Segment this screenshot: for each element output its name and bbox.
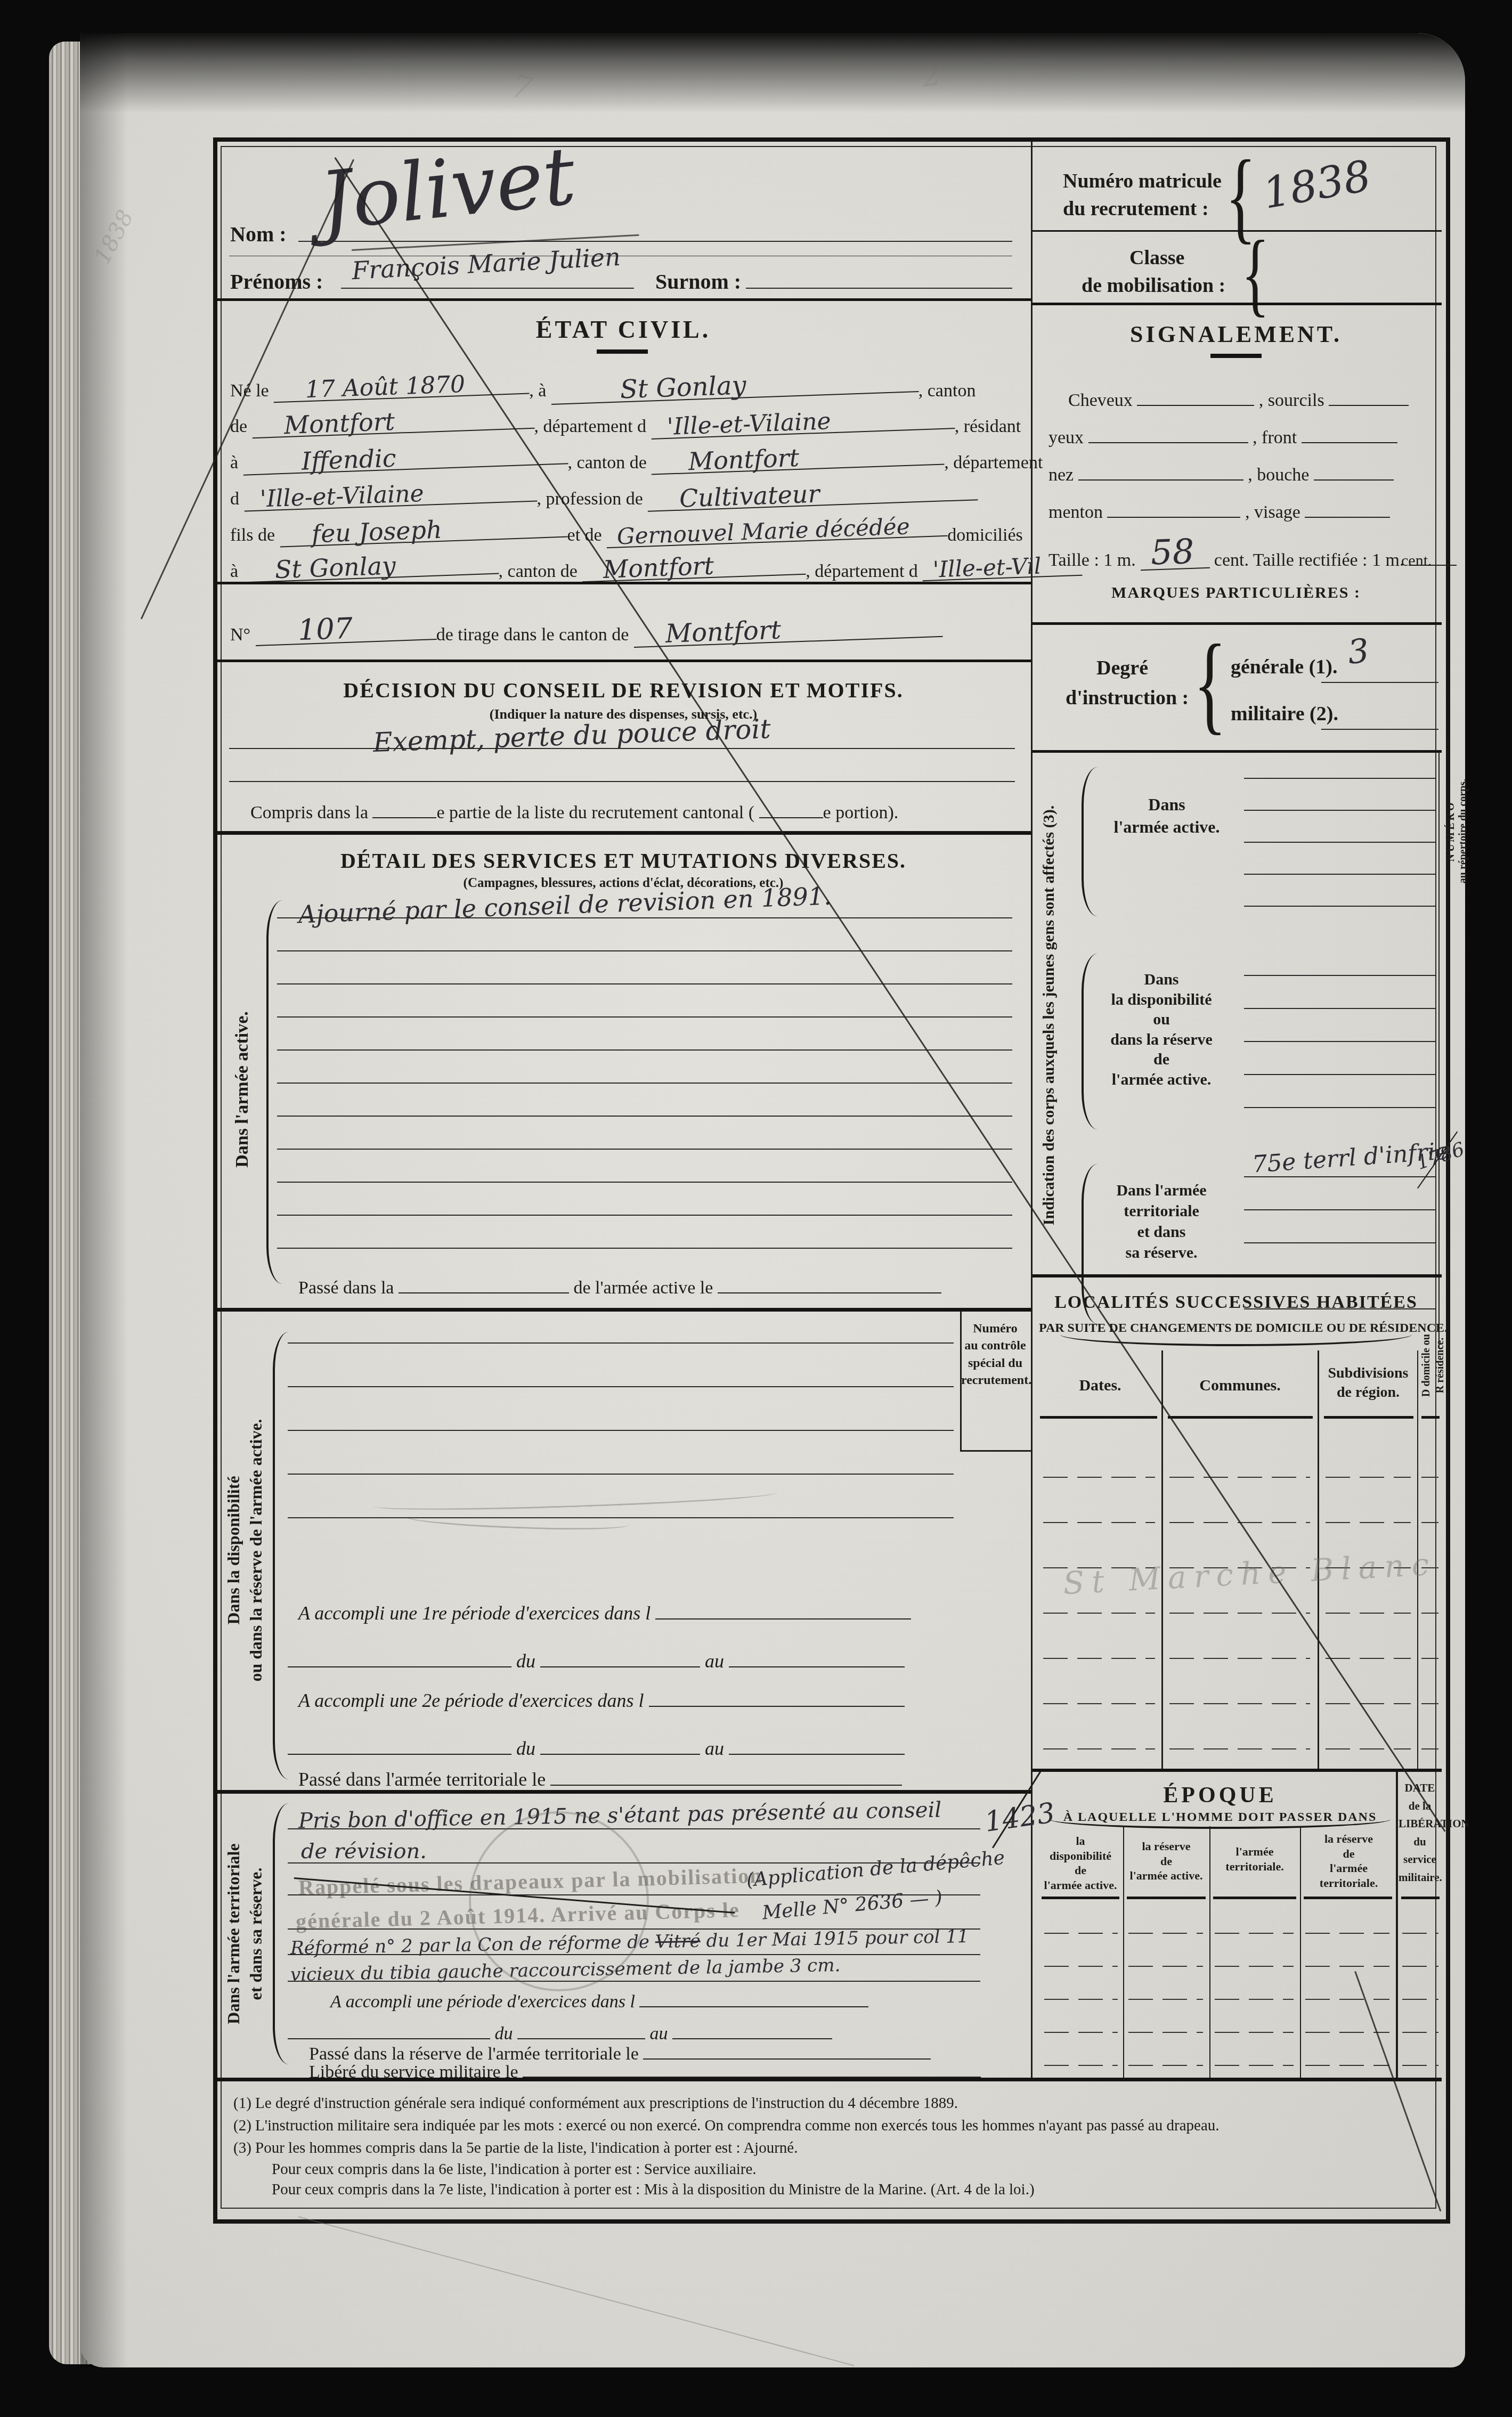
corps-group2-label: Dans la disponibilité ou dans la réserve…: [1087, 970, 1236, 1089]
bouche-label: , bouche: [1248, 465, 1309, 485]
divider: [1033, 1769, 1442, 1772]
yeux-blank: [1088, 423, 1248, 443]
departement-label: , département d: [534, 417, 647, 436]
mere: Gernouvel Marie décédée: [606, 512, 947, 548]
taille-rectifiee-label: cent. Taille rectifiée : 1 m.: [1214, 550, 1404, 570]
yeux-label: yeux: [1048, 428, 1084, 447]
divider: [213, 582, 1031, 584]
divider: [1033, 230, 1442, 232]
divider: [213, 831, 1031, 835]
epoque-vline-1: [1123, 1826, 1124, 2078]
canton-suffix: , canton: [918, 381, 976, 401]
generale-value: 3: [1346, 631, 1371, 672]
residant-label: , résidant: [955, 417, 1021, 436]
corps-group2-lines: [1244, 975, 1436, 1145]
prenoms-line: [341, 288, 634, 289]
corps-group3-label: Dans l'armée territoriale et dans sa rés…: [1090, 1180, 1233, 1263]
divider: [1033, 303, 1442, 305]
localites-rows-dates: [1043, 1477, 1155, 1796]
surnom-line: [746, 288, 1012, 289]
numero-header-line2: au répertoire du corps.: [1457, 779, 1469, 883]
du1-lead-blank: [288, 1646, 511, 1667]
sourcils-label: , sourcils: [1259, 390, 1324, 410]
footnote-5: Pour ceux compris dans la 7e liste, l'in…: [272, 2181, 1035, 2199]
localites-rows-subdiv: [1326, 1477, 1411, 1796]
front-label: , front: [1253, 428, 1297, 447]
nez-blank: [1078, 460, 1243, 481]
localites-side-header: D domicile ou R résidence.: [1419, 1309, 1447, 1421]
epoque-header-rule: [1042, 1897, 1119, 1899]
services-title: DÉTAIL DES SERVICES ET MUTATIONS DIVERSE…: [266, 848, 980, 873]
ruled-line: [288, 1954, 980, 1955]
nom-label: Nom :: [230, 222, 287, 247]
compris-label: Compris dans la: [250, 803, 368, 823]
localites-col-dates: Dates.: [1039, 1377, 1161, 1395]
du2-lead-blank: [288, 1734, 511, 1755]
menton-label: menton: [1048, 502, 1103, 522]
territoriale-note-2: de révision.: [301, 1839, 427, 1863]
nom-line2: [229, 256, 1012, 256]
corps-vertical-label: Indication des corps auxquels les jeunes…: [1040, 760, 1058, 1271]
tirage-label: de tirage dans le canton de: [436, 625, 629, 645]
divider: [213, 298, 1031, 301]
dispo-vertical-label-1: Dans la disponibilité: [224, 1321, 243, 1779]
footnote-1: (1) Le degré d'instruction générale sera…: [233, 2095, 958, 2112]
classe-label: Classe: [1129, 246, 1184, 270]
generale-label: générale (1).: [1231, 655, 1337, 679]
dispo-vertical-label-2: ou dans la réserve de l'armée active.: [246, 1321, 266, 1779]
generale-line: [1321, 682, 1438, 683]
au1-label: au: [705, 1650, 724, 1672]
localites-header-rule: [1040, 1416, 1157, 1419]
armee-active-vertical-label: Dans l'armée active.: [232, 895, 253, 1284]
epoque-header-rule: [1401, 1897, 1440, 1899]
matricule-label2: du recrutement :: [1063, 197, 1209, 221]
numero-col-separator: [1438, 752, 1440, 1348]
periode2-label: A accompli une 2e période d'exercices da…: [298, 1690, 644, 1711]
epoque-col3-header: l'armée territoriale.: [1212, 1844, 1298, 1874]
epoque-header-rule: [1127, 1897, 1206, 1899]
ruled-line: [229, 781, 1015, 782]
localites-subtitle: PAR SUITE DE CHANGEMENTS DE DOMICILE OU …: [1039, 1321, 1433, 1336]
compris-end: e portion).: [823, 803, 899, 823]
date-naissance: 17 Août 1870: [273, 369, 529, 403]
du1-blank: [540, 1646, 700, 1667]
du3-blank: [517, 2019, 645, 2039]
marques-label: MARQUES PARTICULIÈRES :: [1066, 584, 1407, 602]
degre-brace: {: [1193, 620, 1226, 747]
gutter-shadow: [80, 33, 128, 2367]
footnote-4: Pour ceux compris dans la 6e liste, l'in…: [272, 2161, 757, 2178]
epoque-header-rule: [1304, 1897, 1392, 1899]
ruled-lines-armee-active: [277, 950, 1012, 1291]
taille-value: 58: [1140, 532, 1210, 571]
du3-lead-blank: [288, 2019, 490, 2039]
a-label: à: [230, 453, 238, 473]
portion-blank: [759, 798, 823, 818]
passe-reserve-terr-blank: [643, 2039, 931, 2060]
classe-label2: de mobilisation :: [1082, 274, 1225, 297]
numero-repertoire-header: NUMÉRO au répertoire du corps.: [1445, 756, 1469, 906]
surnom-label: Surnom :: [655, 269, 741, 294]
divider: [1033, 750, 1442, 753]
degre-label-1: Degré: [1096, 656, 1148, 680]
visage-label: , visage: [1245, 502, 1300, 522]
passe-active-label2: de l'armée active le: [573, 1278, 713, 1298]
numero-header-line1: NUMÉRO: [1445, 800, 1457, 861]
compris-blank: [372, 798, 436, 818]
divider: [213, 1790, 1031, 1794]
signalement-rule: [1210, 354, 1262, 358]
numero-tirage-label: N°: [230, 625, 250, 645]
periode1-label: A accompli une 1re période d'exercices d…: [298, 1602, 651, 1624]
top-scan-shadow: [80, 33, 1465, 113]
nom-line: [298, 241, 1012, 242]
corps-group1-label: Dans l'armée active.: [1098, 794, 1236, 838]
cheveux-blank: [1137, 386, 1254, 406]
departement-label: , département d: [806, 561, 918, 581]
libere-blank: [523, 2057, 981, 2078]
epoque-col2-header: la réserve de l'armée active.: [1125, 1839, 1207, 1883]
passe-territoriale-blank: [550, 1764, 902, 1786]
epoque-col4-header: la réserve de l'armée territoriale.: [1302, 1832, 1395, 1890]
periode2-blank: [649, 1686, 905, 1707]
register-scan: 1838 7 2 Nom : Jolivet Prénoms : Françoi…: [0, 0, 1512, 2417]
localites-rows-communes: [1169, 1477, 1310, 1796]
nez-label: nez: [1048, 465, 1074, 485]
ruled-line: [288, 1981, 980, 1982]
epoque-header-rule: [1213, 1897, 1296, 1899]
fils-label: fils de: [230, 525, 275, 545]
territoriale-vertical-label-2: et dans sa réserve.: [246, 1795, 266, 2072]
etat-civil-rule: [597, 349, 648, 354]
menton-blank: [1107, 498, 1240, 518]
du2-label: du: [516, 1738, 535, 1759]
passe-active-date-blank: [718, 1273, 941, 1293]
d-label: d: [230, 489, 239, 509]
dispo-brace: [273, 1332, 289, 1779]
domicilies-label: domiciliés: [947, 525, 1023, 545]
divider: [1033, 1274, 1442, 1277]
controle-box-label: Numéro au contrôle spécial du recrutemen…: [961, 1320, 1029, 1389]
prenoms-label: Prénoms :: [230, 269, 323, 294]
departement-naissance: 'Ille-et-Vilaine: [651, 403, 955, 440]
localites-header-rule: [1168, 1416, 1313, 1419]
ruled-line: [277, 917, 1012, 918]
au2-label: au: [705, 1738, 724, 1759]
a-label: à: [230, 561, 238, 581]
localites-rows-side: [1421, 1477, 1438, 1796]
au3-blank: [672, 2019, 832, 2039]
front-blank: [1302, 423, 1397, 443]
ruled-lines-dispo: [288, 1342, 954, 1566]
passe-territoriale-label: Passé dans l'armée territoriale le: [298, 1769, 546, 1790]
sourcils-blank: [1329, 386, 1409, 406]
reforme-note-struck: Vitré: [655, 1931, 701, 1952]
round-stamp: [469, 1811, 649, 1991]
localites-col-communes: Communes.: [1164, 1377, 1316, 1395]
matricule-label: Numéro matricule: [1063, 169, 1222, 193]
epoque-vline-2: [1209, 1826, 1210, 2078]
footnote-2: (2) L'instruction militaire sera indiqué…: [233, 2117, 1220, 2135]
cheveux-label: Cheveux: [1068, 390, 1133, 410]
footnotes-divider: [213, 2078, 1442, 2081]
divider: [213, 1308, 1031, 1312]
tirage-canton: Montfort: [633, 609, 942, 648]
departement-label: , département: [944, 453, 1043, 473]
territoriale-vertical-label-1: Dans l'armée territoriale: [224, 1795, 243, 2072]
canton-label: , canton de: [568, 453, 647, 473]
passe-active-label: Passé dans la: [298, 1278, 394, 1298]
periode-terr-blank: [639, 1987, 868, 2007]
au1-blank: [729, 1646, 905, 1667]
localites-header-rule: [1421, 1416, 1440, 1419]
taille-label: Taille : 1 m.: [1048, 550, 1136, 570]
signalement-title: SIGNALEMENT.: [1066, 321, 1407, 348]
corps-group1-lines: [1244, 778, 1436, 943]
compris-mid: e partie de la liste du recrutement cant…: [436, 803, 754, 823]
periode1-blank: [655, 1598, 911, 1620]
divider: [213, 660, 1031, 662]
degre-label-2: d'instruction :: [1066, 686, 1189, 710]
du2-blank: [540, 1734, 700, 1755]
au2-blank: [729, 1734, 905, 1755]
numero-tirage: 107: [255, 608, 437, 646]
epoque-vline-3: [1300, 1826, 1301, 2078]
epoque-col1-header: la disponibilité de l'armée active.: [1040, 1834, 1121, 1892]
departement-residence: 'Ille-et-Vilaine: [243, 476, 537, 511]
epoque-title: ÉPOQUE: [1039, 1783, 1401, 1808]
epoque-date-separator: [1396, 1772, 1398, 2078]
localites-col-subdiv: Subdivisions de région.: [1320, 1364, 1416, 1403]
militaire-label: militaire (2).: [1231, 702, 1338, 726]
classe-brace: {: [1241, 219, 1270, 328]
corps-brace-1: [1082, 767, 1098, 916]
a-label: , à: [529, 381, 546, 401]
divider: [1033, 622, 1442, 625]
etat-civil-title: ÉTAT CIVIL.: [479, 315, 767, 344]
canton-label: , canton de: [499, 561, 578, 581]
du1-label: du: [516, 1650, 535, 1672]
decision-title: DÉCISION DU CONSEIL DE REVISION ET MOTIF…: [266, 678, 980, 703]
bouche-blank: [1314, 460, 1394, 481]
localites-header-rule: [1324, 1416, 1413, 1419]
footnote-3: (3) Pour les hommes compris dans la 5e p…: [233, 2139, 798, 2157]
territoriale-brace: [273, 1803, 289, 2064]
militaire-line: [1321, 729, 1438, 730]
profession-label: , profession de: [537, 489, 643, 509]
ruled-line: [288, 1828, 980, 1829]
cent-label: cent.: [1401, 552, 1432, 570]
passe-active-blank: [399, 1273, 569, 1293]
visage-blank: [1305, 498, 1390, 518]
periode-terr-label: A accompli une période d'exercices dans …: [330, 1992, 635, 2012]
ruled-line: [229, 748, 1015, 749]
